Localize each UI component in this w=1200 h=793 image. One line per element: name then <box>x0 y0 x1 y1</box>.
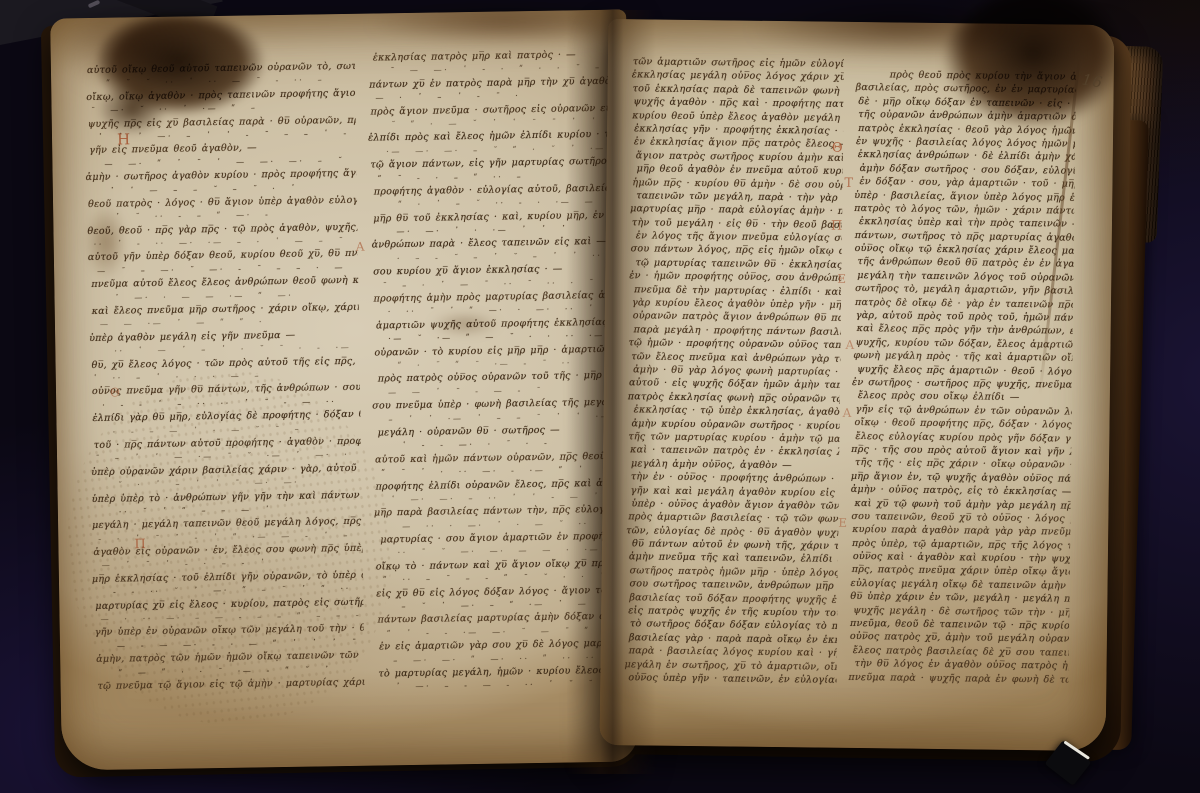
marginal-initial: Η <box>117 130 131 148</box>
marginal-initial: Α <box>356 240 366 254</box>
right-marginalia-layer: ΘΤΠΕΑΑΕ <box>600 19 1115 751</box>
marginal-initial: Α <box>845 338 855 352</box>
folio-number: 16 <box>1081 70 1105 91</box>
right-page: τῶν ἁμαρτιῶν σωτῆρος εἰς ἡμῶν εὐλογίας π… <box>600 19 1115 751</box>
left-page: αὐτοῦ οἴκῳ θεοῦ αὐτοῦ ταπεινῶν οὐρανῶν τ… <box>50 10 638 771</box>
marginal-initial: Π <box>831 219 844 234</box>
open-codex: αὐτοῦ οἴκῳ θεοῦ αὐτοῦ ταπεινῶν οὐρανῶν τ… <box>0 0 1200 793</box>
manuscript-photograph: αὐτοῦ οἴκῳ θεοῦ αὐτοῦ ταπεινῶν οὐρανῶν τ… <box>0 0 1200 793</box>
marginal-initial: Ε <box>837 272 847 286</box>
marginal-initial: Π <box>134 537 147 552</box>
marginal-initial: Ε <box>838 516 848 530</box>
marginal-initial: Θ <box>832 141 844 156</box>
marginal-initial: Τ <box>844 176 854 191</box>
marginal-initial: Α <box>843 406 853 420</box>
left-marginalia-layer: ΗΑΘΠ <box>50 10 638 771</box>
marginal-initial: Θ <box>110 386 121 400</box>
